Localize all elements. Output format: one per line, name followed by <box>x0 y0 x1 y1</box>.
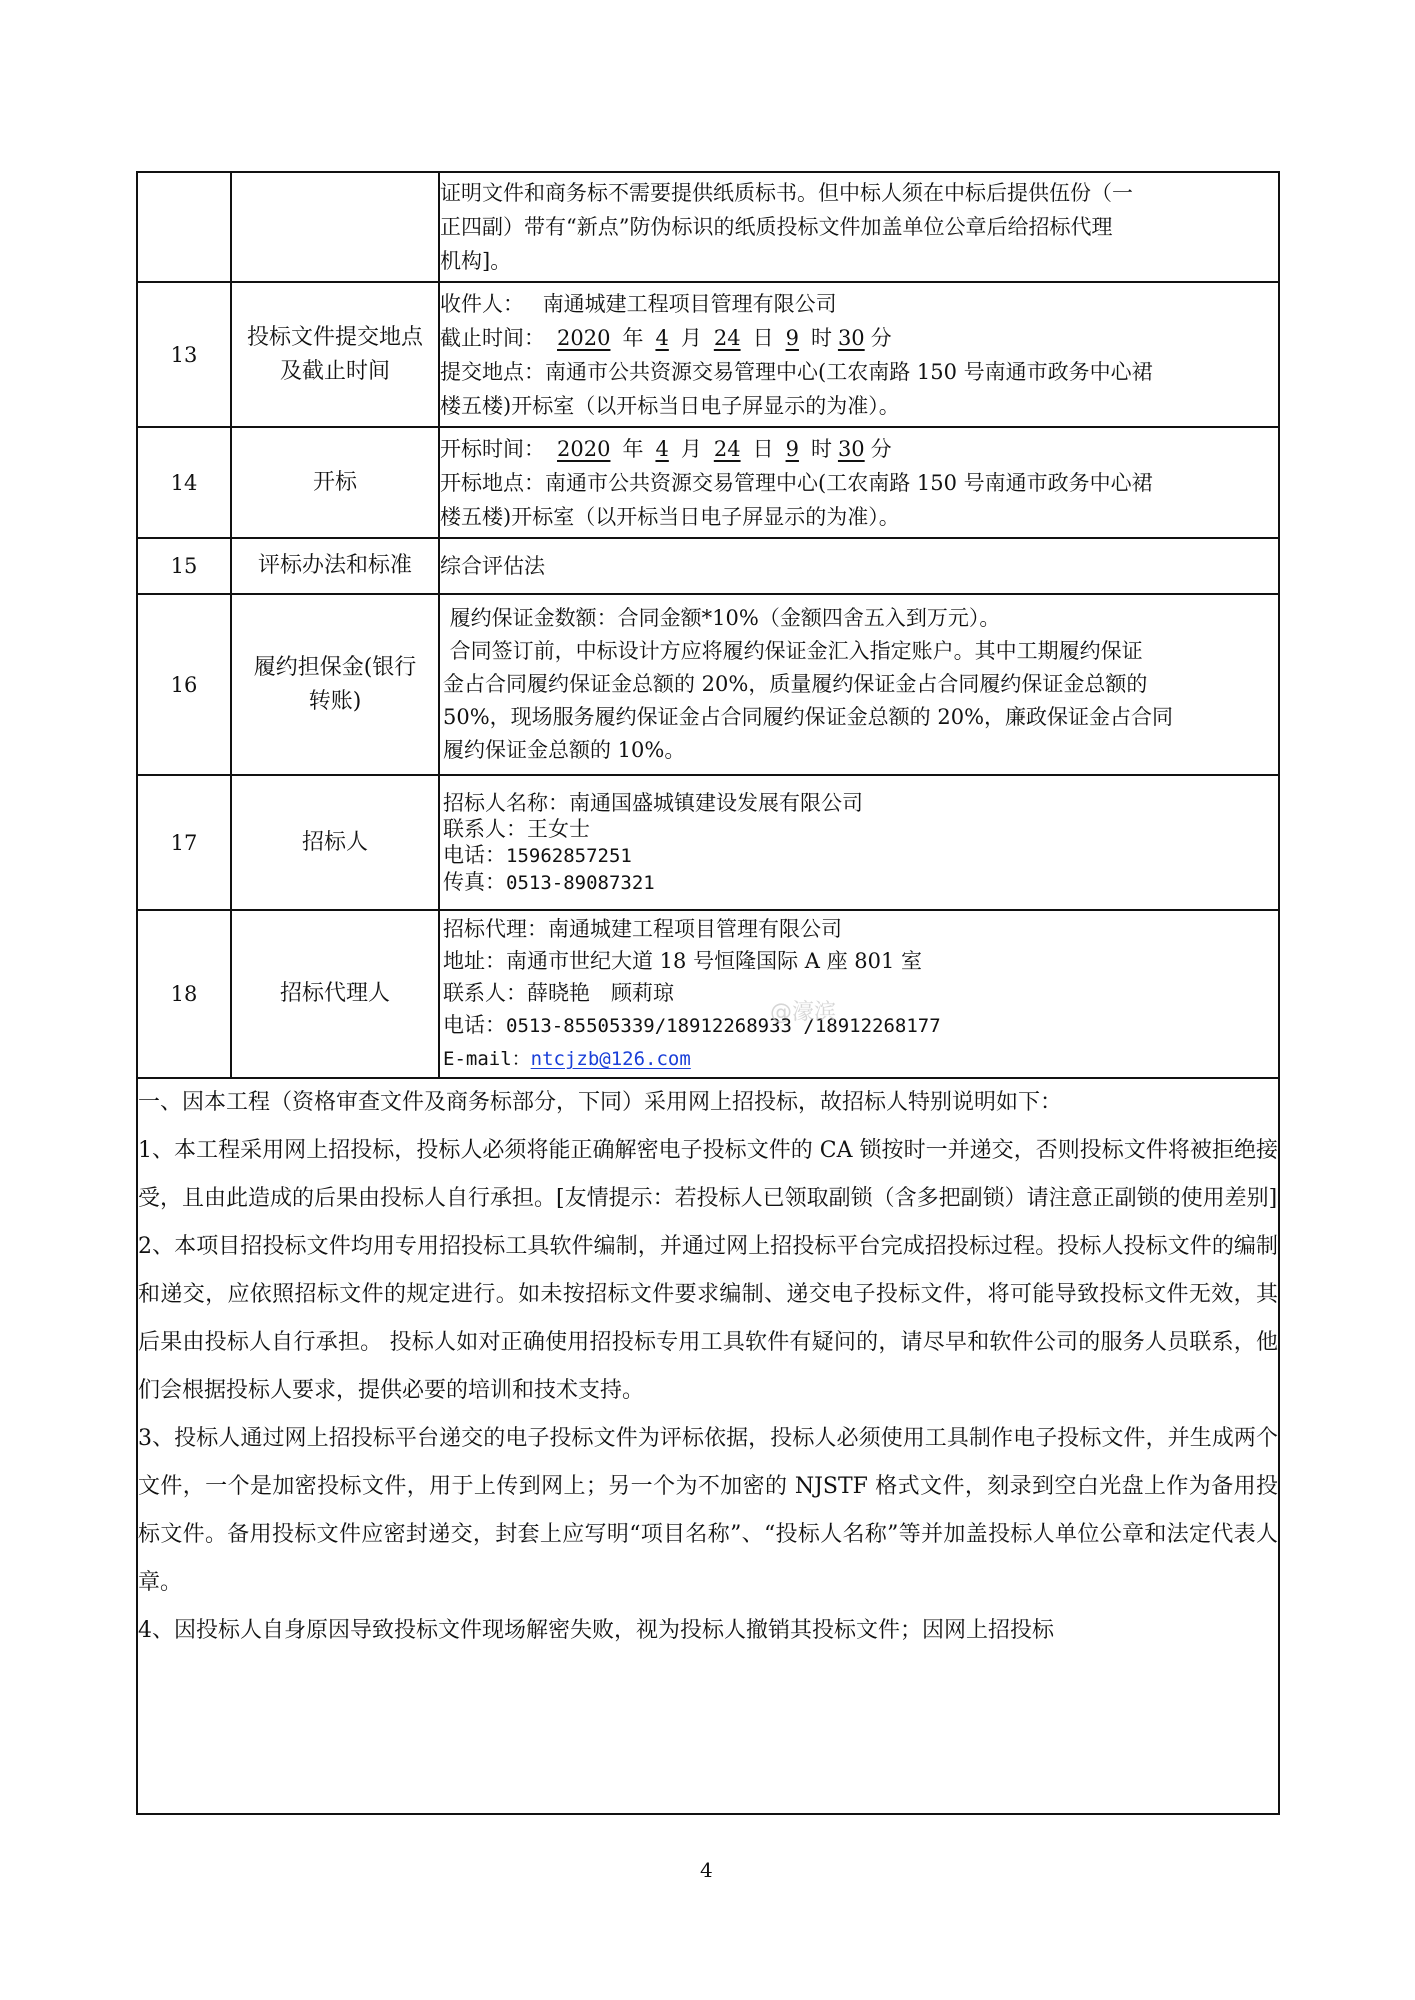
location-line: 提交地点：南通市公共资源交易管理中心(工农南路 150 号南通市政务中心裙 <box>440 355 1278 389</box>
table-row-17: 17 招标人 招标人名称：南通国盛城镇建设发展有限公司 联系人：王女士 电话：1… <box>137 775 1279 910</box>
row-content: 证明文件和商务标不需要提供纸质标书。但中标人须在中标后提供伍份（一 正四副）带有… <box>439 172 1279 282</box>
item-line: 履约担保金(银行 <box>232 651 438 685</box>
content-line: 履约保证金总额的 10%。 <box>443 734 1278 767</box>
opening-minute: 30 <box>832 437 871 461</box>
address-value: 南通市世纪大道 18 号恒隆国际 A 座 801 室 <box>506 949 922 973</box>
row-content: 收件人： 南通城建工程项目管理有限公司 截止时间：2020年4月24日9时30分… <box>439 282 1279 427</box>
notes-item-4: 4、因投标人自身原因导致投标文件现场解密失败，视为投标人撤销其投标文件；因网上招… <box>138 1607 1278 1655</box>
deadline-minute: 30 <box>832 326 871 350</box>
deadline-label: 截止时间： <box>440 326 545 350</box>
minute-unit: 分 <box>871 326 892 350</box>
phone-label: 电话： <box>443 843 506 867</box>
row-item: 开标 <box>231 427 439 538</box>
year-unit: 年 <box>622 437 643 461</box>
opening-year: 2020 <box>545 437 622 461</box>
fax-label: 传真： <box>443 870 506 894</box>
online-bidding-notes: 一、因本工程（资格审查文件及商务标部分，下同）采用网上招投标，故招标人特别说明如… <box>137 1078 1279 1814</box>
content-line: 50%，现场服务履约保证金占合同履约保证金总额的 20%，廉政保证金占合同 <box>443 701 1278 734</box>
agent-contact-line: 联系人：薛晓艳 顾莉琼 <box>443 977 1278 1009</box>
month-unit: 月 <box>681 437 702 461</box>
agent-label: 招标代理： <box>443 917 548 941</box>
bid-info-table: 证明文件和商务标不需要提供纸质标书。但中标人须在中标后提供伍份（一 正四副）带有… <box>136 171 1280 1815</box>
opening-location-line-2: 楼五楼)开标室（以开标当日电子屏显示的为准）。 <box>440 500 1278 534</box>
table-row-15: 15 评标办法和标准 综合评估法 <box>137 538 1279 594</box>
hour-unit: 时 <box>811 437 832 461</box>
row-item: 投标文件提交地点 及截止时间 <box>231 282 439 427</box>
opening-time-line: 开标时间：2020年4月24日9时30分 <box>440 432 1278 466</box>
deadline-month: 4 <box>643 326 680 350</box>
tenderer-fax-line: 传真：0513-89087321 <box>443 869 1278 896</box>
month-unit: 月 <box>681 326 702 350</box>
agent-phone-line: 电话：0513-85505339/18912268933 /1891226817… <box>443 1009 1278 1042</box>
item-line: 转账) <box>232 685 438 719</box>
agent-value: 南通城建工程项目管理有限公司 <box>548 917 842 941</box>
tenderer-phone-line: 电话：15962857251 <box>443 842 1278 869</box>
opening-day: 24 <box>702 437 753 461</box>
item-line: 及截止时间 <box>232 355 438 389</box>
content-line: 机构]。 <box>440 244 1278 278</box>
notes-item-2: 2、本项目招投标文件均用专用招投标工具软件编制，并通过网上招投标平台完成招投标过… <box>138 1223 1278 1415</box>
tenderer-name-label: 招标人名称： <box>443 791 569 815</box>
recipient-label: 收件人： <box>440 292 524 316</box>
contact-value: 王女士 <box>527 817 590 841</box>
content-line: 金占合同履约保证金总额的 20%，质量履约保证金占合同履约保证金总额的 <box>443 668 1278 701</box>
email-link[interactable]: ntcjzb@126.com <box>531 1048 691 1070</box>
contact-label: 联系人： <box>443 817 527 841</box>
location-value: 南通市公共资源交易管理中心(工农南路 150 号南通市政务中心裙 <box>545 360 1153 384</box>
content-line: 证明文件和商务标不需要提供纸质标书。但中标人须在中标后提供伍份（一 <box>440 176 1278 210</box>
row-number: 18 <box>137 910 231 1078</box>
row-content: 综合评估法 <box>439 538 1279 594</box>
opening-hour: 9 <box>774 437 811 461</box>
contact-value: 薛晓艳 顾莉琼 <box>527 981 674 1005</box>
table-row-12-continued: 证明文件和商务标不需要提供纸质标书。但中标人须在中标后提供伍份（一 正四副）带有… <box>137 172 1279 282</box>
email-label: E-mail： <box>443 1048 531 1070</box>
deadline-line: 截止时间：2020年4月24日9时30分 <box>440 321 1278 355</box>
notes-intro: 一、因本工程（资格审查文件及商务标部分，下同）采用网上招投标，故招标人特别说明如… <box>138 1079 1278 1127</box>
page-number: 4 <box>700 1858 713 1882</box>
table-row-18: 18 招标代理人 招标代理：南通城建工程项目管理有限公司 地址：南通市世纪大道 … <box>137 910 1279 1078</box>
tenderer-name-line: 招标人名称：南通国盛城镇建设发展有限公司 <box>443 790 1278 816</box>
year-unit: 年 <box>622 326 643 350</box>
phone-value: 15962857251 <box>506 845 632 867</box>
content-line: 合同签订前，中标设计方应将履约保证金汇入指定账户。其中工期履约保证 <box>443 635 1278 668</box>
opening-location-value: 南通市公共资源交易管理中心(工农南路 150 号南通市政务中心裙 <box>545 471 1153 495</box>
notes-item-1: 1、本工程采用网上招投标，投标人必须将能正确解密电子投标文件的 CA 锁按时一并… <box>138 1127 1278 1223</box>
row-item: 招标代理人 <box>231 910 439 1078</box>
row-number: 14 <box>137 427 231 538</box>
row-number: 17 <box>137 775 231 910</box>
opening-location-label: 开标地点： <box>440 471 545 495</box>
table-row-14: 14 开标 开标时间：2020年4月24日9时30分 开标地点：南通市公共资源交… <box>137 427 1279 538</box>
phone-label: 电话： <box>443 1013 506 1037</box>
row-item: 履约担保金(银行 转账) <box>231 594 439 775</box>
tenderer-name: 南通国盛城镇建设发展有限公司 <box>569 791 863 815</box>
deadline-year: 2020 <box>545 326 622 350</box>
item-line: 投标文件提交地点 <box>232 321 438 355</box>
row-content: 招标代理：南通城建工程项目管理有限公司 地址：南通市世纪大道 18 号恒隆国际 … <box>439 910 1279 1078</box>
location-label: 提交地点： <box>440 360 545 384</box>
address-line: 地址：南通市世纪大道 18 号恒隆国际 A 座 801 室 <box>443 945 1278 977</box>
contact-label: 联系人： <box>443 981 527 1005</box>
row-number: 13 <box>137 282 231 427</box>
location-line-2: 楼五楼)开标室（以开标当日电子屏显示的为准）。 <box>440 389 1278 423</box>
row-number <box>137 172 231 282</box>
row-content: 履约保证金数额：合同金额*10%（金额四舍五入到万元）。 合同签订前，中标设计方… <box>439 594 1279 775</box>
row-content: 开标时间：2020年4月24日9时30分 开标地点：南通市公共资源交易管理中心(… <box>439 427 1279 538</box>
deadline-day: 24 <box>702 326 753 350</box>
opening-month: 4 <box>643 437 680 461</box>
row-number: 15 <box>137 538 231 594</box>
hour-unit: 时 <box>811 326 832 350</box>
tenderer-contact-line: 联系人：王女士 <box>443 816 1278 842</box>
agent-email-line: E-mail：ntcjzb@126.com <box>443 1042 1278 1075</box>
recipient-line: 收件人： 南通城建工程项目管理有限公司 <box>440 287 1278 321</box>
notes-item-3: 3、投标人通过网上招投标平台递交的电子投标文件为评标依据，投标人必须使用工具制作… <box>138 1415 1278 1607</box>
table-row-13: 13 投标文件提交地点 及截止时间 收件人： 南通城建工程项目管理有限公司 截止… <box>137 282 1279 427</box>
content-line: 履约保证金数额：合同金额*10%（金额四舍五入到万元）。 <box>443 602 1278 635</box>
phone-value: 0513-85505339/18912268933 /18912268177 <box>506 1015 941 1037</box>
notes-row: 一、因本工程（资格审查文件及商务标部分，下同）采用网上招投标，故招标人特别说明如… <box>137 1078 1279 1814</box>
day-unit: 日 <box>753 437 774 461</box>
opening-time-label: 开标时间： <box>440 437 545 461</box>
opening-location-line: 开标地点：南通市公共资源交易管理中心(工农南路 150 号南通市政务中心裙 <box>440 466 1278 500</box>
address-label: 地址： <box>443 949 506 973</box>
row-item: 招标人 <box>231 775 439 910</box>
row-item: 评标办法和标准 <box>231 538 439 594</box>
row-content: 招标人名称：南通国盛城镇建设发展有限公司 联系人：王女士 电话：15962857… <box>439 775 1279 910</box>
agent-line: 招标代理：南通城建工程项目管理有限公司 <box>443 913 1278 945</box>
recipient-value: 南通城建工程项目管理有限公司 <box>543 292 837 316</box>
deadline-hour: 9 <box>774 326 811 350</box>
content-line: 正四副）带有“新点”防伪标识的纸质投标文件加盖单位公章后给招标代理 <box>440 210 1278 244</box>
row-number: 16 <box>137 594 231 775</box>
table-row-16: 16 履约担保金(银行 转账) 履约保证金数额：合同金额*10%（金额四舍五入到… <box>137 594 1279 775</box>
row-item <box>231 172 439 282</box>
document-page: 证明文件和商务标不需要提供纸质标书。但中标人须在中标后提供伍份（一 正四副）带有… <box>0 0 1415 2000</box>
day-unit: 日 <box>753 326 774 350</box>
minute-unit: 分 <box>871 437 892 461</box>
fax-value: 0513-89087321 <box>506 872 655 894</box>
